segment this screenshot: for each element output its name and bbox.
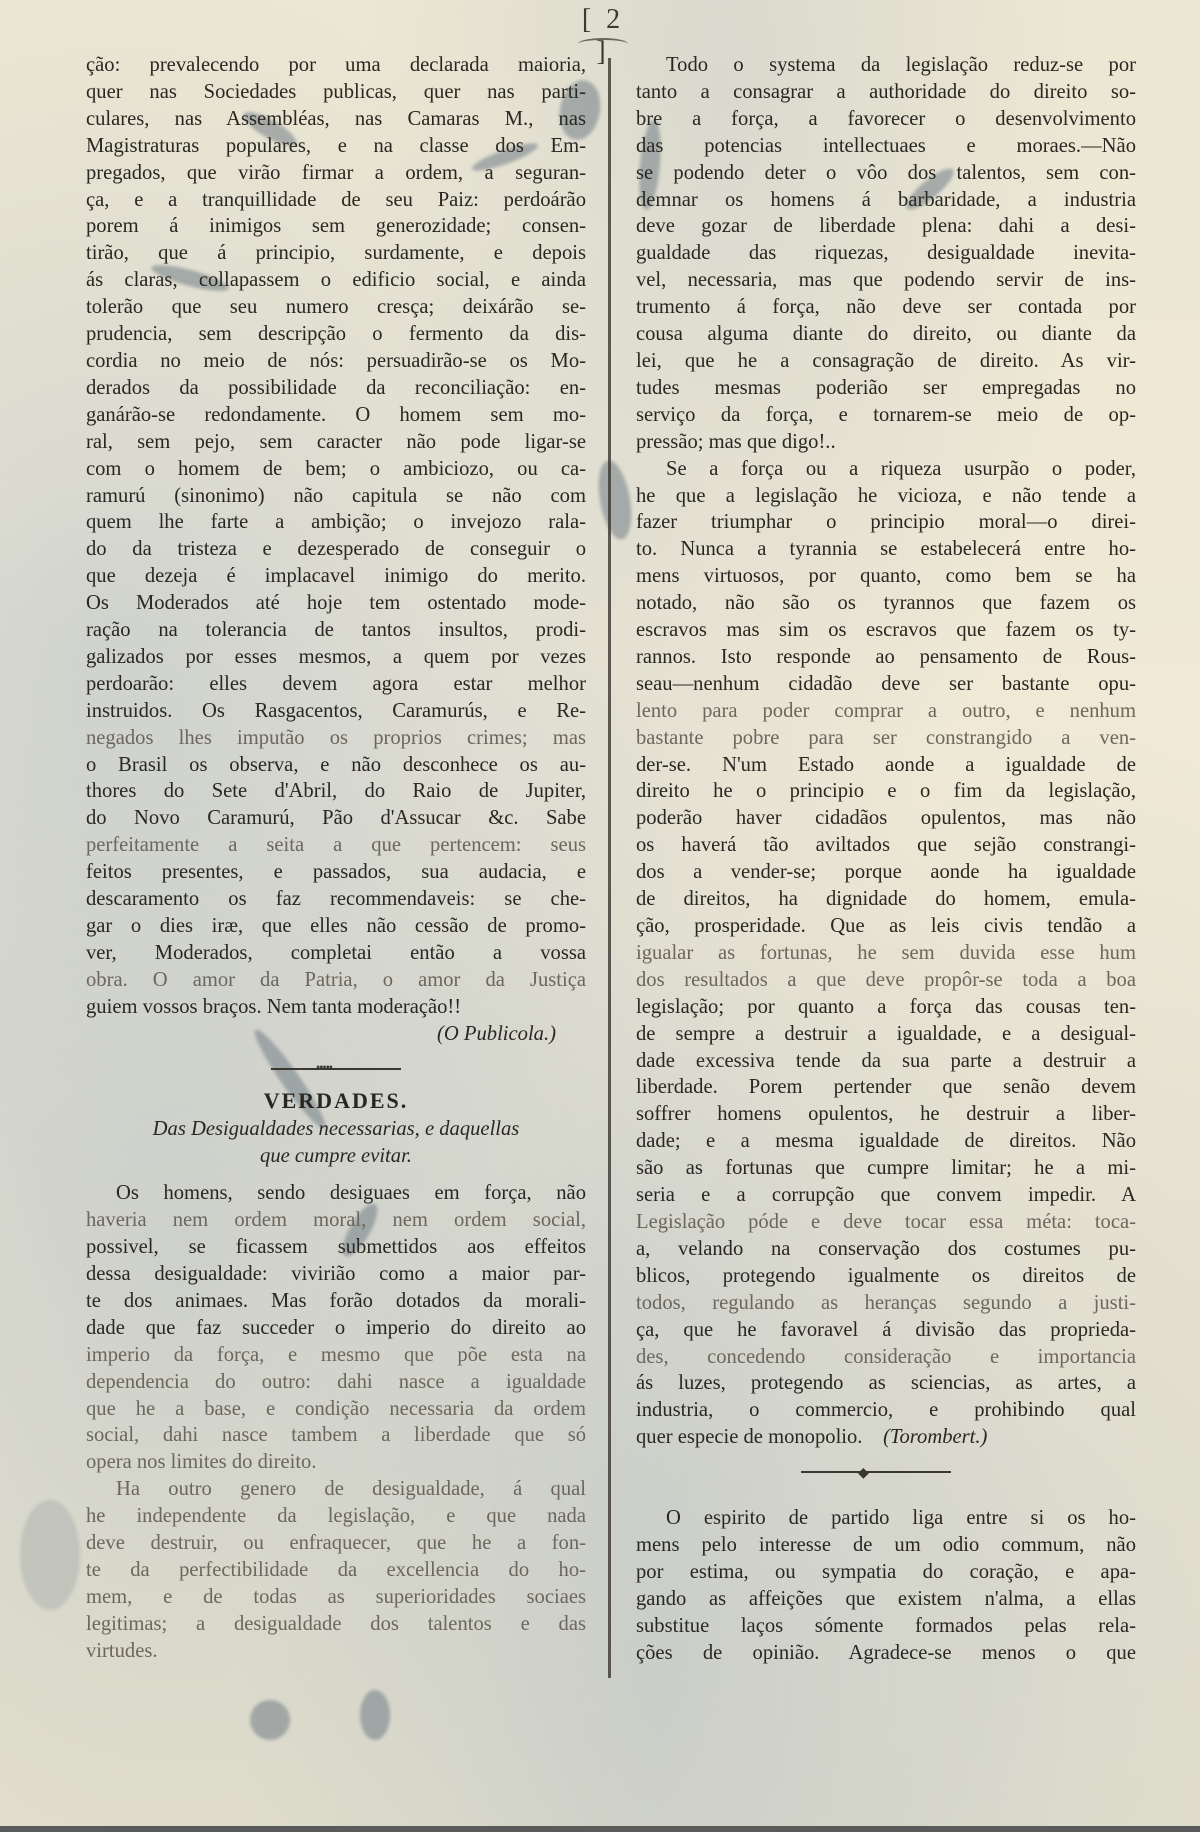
text-line: seau—nenhum cidadão deve ser bastante op… xyxy=(636,671,1136,698)
text-line: Os homens, sendo desiguaes em força, não xyxy=(86,1180,586,1207)
text-line: der-se. N'um Estado aonde a igualdade de xyxy=(636,752,1136,779)
text-line: Magistraturas populares, e na classe dos… xyxy=(86,133,586,160)
text-line: ção: prevalecendo por uma declarada maio… xyxy=(86,52,586,79)
article-verdades: VERDADES. Das Desigualdades necessarias,… xyxy=(86,1088,586,1665)
text-line: porem á inimigos sem generozidade; conse… xyxy=(86,213,586,240)
article-signature: (O Publicola.) xyxy=(86,1021,586,1048)
text-line: de direitos, ha dignidade do homem, emul… xyxy=(636,886,1136,913)
text-line: prudencia, sem descripção o fermento da … xyxy=(86,321,586,348)
section-divider-ornament xyxy=(636,1459,1136,1485)
section-title: VERDADES. xyxy=(86,1088,586,1115)
text-line: galizados por esses mesmos, a quem por v… xyxy=(86,644,586,671)
text-line: Legislação póde e deve tocar essa méta: … xyxy=(636,1209,1136,1236)
text-line: obra. O amor da Patria, o amor da Justiç… xyxy=(86,967,586,994)
text-line: cousa alguma diante do direito, ou diant… xyxy=(636,321,1136,348)
spacer xyxy=(86,1170,586,1180)
article-signature: (Torombert.) xyxy=(883,1426,987,1448)
water-stain xyxy=(593,458,636,542)
text-line: ração na tolerancia de tantos insultos, … xyxy=(86,617,586,644)
text-line: substitue laços sómente formados pelas r… xyxy=(636,1613,1136,1640)
text-line: quer nas Sociedades publicas, quer nas p… xyxy=(86,79,586,106)
text-line: bre a força, a favorecer o desenvolvimen… xyxy=(636,106,1136,133)
text-line: derados da possibilidade da reconciliaçã… xyxy=(86,375,586,402)
text-line: os haverá tão aviltados que sejão constr… xyxy=(636,832,1136,859)
text-line: thores do Sete d'Abril, do Raio de Jupit… xyxy=(86,778,586,805)
text-line: fazer triumphar o principio moral—o dire… xyxy=(636,509,1136,536)
text-line: notado, não são os tyrannos que fazem os xyxy=(636,590,1136,617)
text-line: ções de opinião. Agradece-se menos o que xyxy=(636,1640,1136,1667)
text-line: virtudes. xyxy=(86,1638,586,1665)
column-divider xyxy=(608,58,611,1678)
text-line: escravos mas sim os escravos que fazem o… xyxy=(636,617,1136,644)
text-line: perfeitamente a seita a que pertencem: s… xyxy=(86,832,586,859)
text-line: dade; e a mesma igualdade de direitos. N… xyxy=(636,1128,1136,1155)
text-line: perdoarão: elles devem agora estar melho… xyxy=(86,671,586,698)
text-line: o Brasil os observa, e não desconhece os… xyxy=(86,752,586,779)
text-line: tirão, que á principio, surdamente, e de… xyxy=(86,240,586,267)
text-line: do Novo Caramurú, Pão d'Assucar &c. Sabe xyxy=(86,805,586,832)
text-line: por estima, ou sympatia do coração, e ap… xyxy=(636,1559,1136,1586)
text-line: deve gozar de liberdade plena: dahi a de… xyxy=(636,213,1136,240)
water-stain xyxy=(250,1700,290,1740)
text-line: de sempre a destruir a igualdade, e a de… xyxy=(636,1021,1136,1048)
text-line: igualar as fortunas, he sem duvida esse … xyxy=(636,940,1136,967)
text-line: tanto a consagrar a authoridade do direi… xyxy=(636,79,1136,106)
text-line: culares, nas Assembléas, nas Camaras M.,… xyxy=(86,106,586,133)
text-line: ção, prosperidade. Que as leis civis ten… xyxy=(636,913,1136,940)
article-torombert: Todo o systema da legislação reduz-se po… xyxy=(636,52,1136,1451)
section-subtitle: que cumpre evitar. xyxy=(86,1143,586,1170)
article-publicola: ção: prevalecendo por uma declarada maio… xyxy=(86,52,586,1048)
brace-ornament-icon xyxy=(578,38,628,50)
text-line: Ha outro genero de desigualdade, á qual xyxy=(86,1476,586,1503)
text-line: Se a força ou a riqueza usurpão o poder, xyxy=(636,456,1136,483)
text-line: gando as affeições que existem n'alma, a… xyxy=(636,1586,1136,1613)
text-line: he que a legislação he vicioza, e não te… xyxy=(636,483,1136,510)
text-line: se podendo deter o vôo dos talentos, sem… xyxy=(636,160,1136,187)
text-line: ás luzes, protegendo as sciencias, as ar… xyxy=(636,1370,1136,1397)
text-line: blicos, protegendo igualmente os direito… xyxy=(636,1263,1136,1290)
text-line: guiem vossos braços. Nem tanta moderação… xyxy=(86,994,586,1021)
text-line: mem, e de todas as superioridades sociae… xyxy=(86,1584,586,1611)
section-subtitle: Das Desigualdades necessarias, e daquell… xyxy=(86,1116,586,1143)
text-line: tudes mesmas poderião ser empregadas no xyxy=(636,375,1136,402)
text-line: ver, Moderados, completai então a vossa xyxy=(86,940,586,967)
text-line: haveria nem ordem moral, nem ordem socia… xyxy=(86,1207,586,1234)
text-line: te da perfectibilidade da excellencia do… xyxy=(86,1557,586,1584)
text-line: seria e a corrupção que convem impedir. … xyxy=(636,1182,1136,1209)
text-line: ça, que he favoravel á divisão das propr… xyxy=(636,1317,1136,1344)
text-line: mens virtuosos, por quanto, como bem se … xyxy=(636,563,1136,590)
text-line: feitos presentes, e passados, sua audaci… xyxy=(86,859,586,886)
text-line: trumento á força, não deve ser contada p… xyxy=(636,294,1136,321)
text-line: dos a vender-se; porque aonde ha igualda… xyxy=(636,859,1136,886)
text-line: industria, o commercio, e prohibindo qua… xyxy=(636,1397,1136,1424)
spacer xyxy=(636,1491,1136,1505)
section-divider-ornament xyxy=(86,1056,586,1082)
text-line: instruidos. Os Rasgacentos, Caramurús, e… xyxy=(86,698,586,725)
text-line: to. Nunca a tyrannia se estabelecerá ent… xyxy=(636,536,1136,563)
text-line: cordia no meio de nós: persuadirão-se os… xyxy=(86,348,586,375)
text-line-content: quer especie de monopolio. xyxy=(636,1426,862,1448)
text-line: quer especie de monopolio. (Torombert.) xyxy=(636,1424,1136,1451)
text-line: quem lhe farte a ambição; o invejozo ral… xyxy=(86,509,586,536)
water-stain xyxy=(20,1500,80,1610)
text-line: dessa desigualdade: vivirião como a maio… xyxy=(86,1261,586,1288)
text-line: bastante pobre para ser constrangido a v… xyxy=(636,725,1136,752)
text-line: dos resultados a que deve propôr-se toda… xyxy=(636,967,1136,994)
text-line: liberdade. Porem pertender que senão dev… xyxy=(636,1074,1136,1101)
text-line: soffrer homens opulentos, he destruir a … xyxy=(636,1101,1136,1128)
text-line: te dos animaes. Mas forão dotados da mor… xyxy=(86,1288,586,1315)
article-espirito-de-partido: O espirito de partido liga entre si os h… xyxy=(636,1505,1136,1666)
text-line: com o homem de bem; o ambiciozo, ou ca- xyxy=(86,456,586,483)
left-column: ção: prevalecendo por uma declarada maio… xyxy=(86,52,586,1665)
text-line: ça, e a tranquillidade de seu Paiz: perd… xyxy=(86,187,586,214)
text-line: descaramento os faz recommendaveis: se c… xyxy=(86,886,586,913)
text-line: negados lhes imputão os proprios crimes;… xyxy=(86,725,586,752)
text-line: ganárão-se redondamente. O homem sem mo- xyxy=(86,402,586,429)
text-line: gualdade das riquezas, desigualdade inev… xyxy=(636,240,1136,267)
text-line: Os Moderados até hoje tem ostentado mode… xyxy=(86,590,586,617)
text-line: dependencia do outro: dahi nasce a igual… xyxy=(86,1369,586,1396)
text-line: lei, que he a consagração de direito. As… xyxy=(636,348,1136,375)
text-line: vel, necessaria, mas que podendo servir … xyxy=(636,267,1136,294)
text-line: possivel, se ficassem submettidos aos ef… xyxy=(86,1234,586,1261)
right-column: Todo o systema da legislação reduz-se po… xyxy=(636,52,1136,1667)
text-line: que dezeja é implacavel inimigo do merit… xyxy=(86,563,586,590)
text-line: tolerão que seu numero cresça; deixárão … xyxy=(86,294,586,321)
text-line: demnar os homens á barbaridade, a indust… xyxy=(636,187,1136,214)
text-line: todos, regulando as heranças segundo a j… xyxy=(636,1290,1136,1317)
text-line: gar o dies iræ, que elles não cessão de … xyxy=(86,913,586,940)
text-line: que he a base, e condição necessaria da … xyxy=(86,1396,586,1423)
text-line: social, dahi nasce tambem a liberdade qu… xyxy=(86,1422,586,1449)
text-line: ás claras, collapassem o edificio social… xyxy=(86,267,586,294)
text-line: do da tristeza e dezesperado de consegui… xyxy=(86,536,586,563)
text-line: lento para poder comprar a outro, e nenh… xyxy=(636,698,1136,725)
text-line: imperio da força, e mesmo que põe esta n… xyxy=(86,1342,586,1369)
text-line: opera nos limites do direito. xyxy=(86,1449,586,1476)
text-line: pressão; mas que digo!.. xyxy=(636,429,1136,456)
text-line: O espirito de partido liga entre si os h… xyxy=(636,1505,1136,1532)
text-line: serviço da força, e tornarem-se meio de … xyxy=(636,402,1136,429)
text-line: direito he o principio e o fim da legisl… xyxy=(636,778,1136,805)
text-line: são as fortunas que cumpre limitar; he a… xyxy=(636,1155,1136,1182)
text-line: legislação; por quanto a força das cousa… xyxy=(636,994,1136,1021)
text-line: legitimas; a desigualdade dos talentos e… xyxy=(86,1611,586,1638)
text-line: deve destruir, ou enfraquecer, que he a … xyxy=(86,1530,586,1557)
text-line: a, velando na conservação dos costumes p… xyxy=(636,1236,1136,1263)
text-line: ramurú (sinonimo) não capitula se não co… xyxy=(86,483,586,510)
text-line: des, concedendo consideração e importanc… xyxy=(636,1344,1136,1371)
text-line: dade que faz succeder o imperio do direi… xyxy=(86,1315,586,1342)
text-line: pregados, que virão firmar a ordem, a se… xyxy=(86,160,586,187)
newspaper-page: [ 2 ] ção: prevalecendo por uma declarad… xyxy=(0,0,1200,1832)
text-line: rannos. Isto responde ao pensamento de R… xyxy=(636,644,1136,671)
text-line: mens pelo interesse de um odio commum, n… xyxy=(636,1532,1136,1559)
text-line: das potencias intellectuaes e moraes.—Nã… xyxy=(636,133,1136,160)
text-line: ral, sem pejo, sem caracter não pode lig… xyxy=(86,429,586,456)
text-line: he independente da legislação, e que nad… xyxy=(86,1503,586,1530)
text-line: poderão haver cidadãos opulentos, mas nã… xyxy=(636,805,1136,832)
text-line: dade excessiva tende da sua parte a dest… xyxy=(636,1048,1136,1075)
water-stain xyxy=(360,1690,390,1740)
text-line: Todo o systema da legislação reduz-se po… xyxy=(636,52,1136,79)
